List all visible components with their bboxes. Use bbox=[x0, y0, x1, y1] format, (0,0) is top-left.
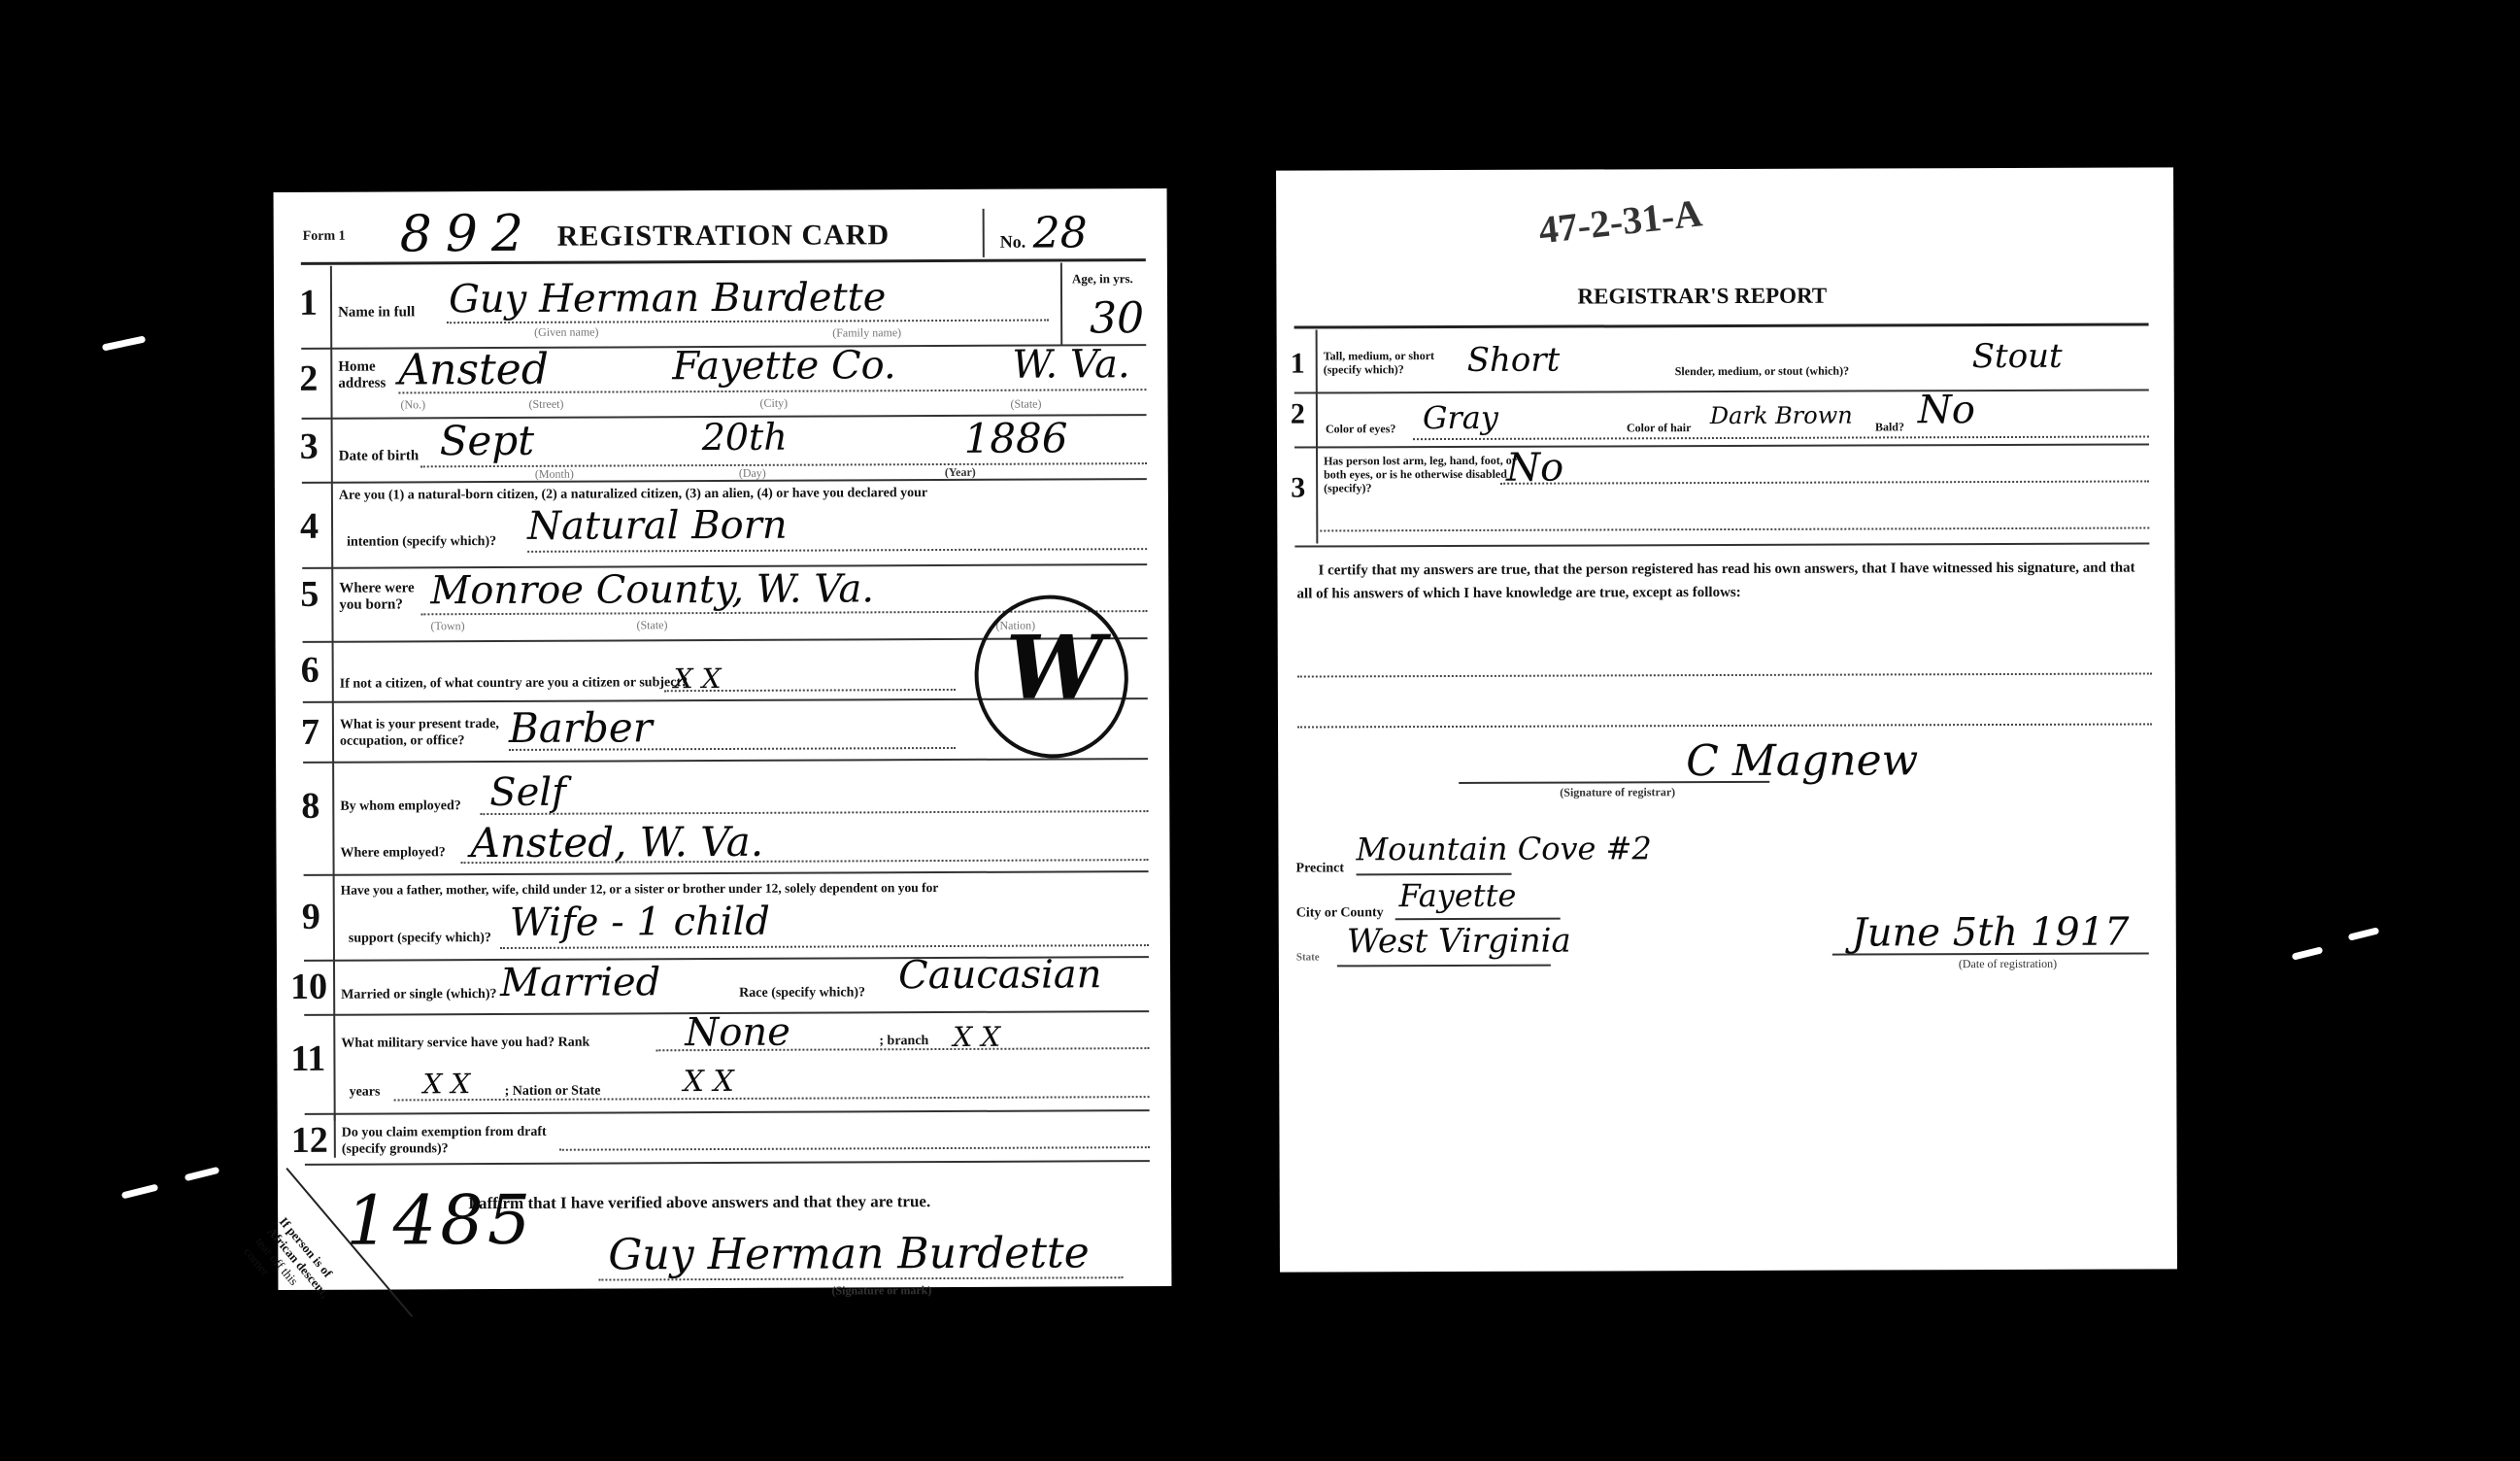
dob-month: Sept bbox=[440, 417, 535, 464]
stamp-mark: W bbox=[1005, 616, 1104, 719]
row-number: 4 bbox=[300, 505, 319, 548]
scan-mark bbox=[102, 335, 146, 351]
where-employed-value: Ansted, W. Va. bbox=[470, 818, 763, 866]
hair-color-value: Dark Brown bbox=[1710, 402, 1853, 430]
marital-value: Married bbox=[500, 960, 660, 1005]
country-question: If not a citizen, of what country are yo… bbox=[340, 674, 688, 693]
bald-label: Bald? bbox=[1875, 419, 1904, 435]
corner-handwritten-number: 1485 bbox=[346, 1180, 535, 1261]
row-number: 2 bbox=[299, 357, 318, 400]
city-county-value: Fayette bbox=[1399, 877, 1517, 914]
certification-text: I certify that my answers are true, that… bbox=[1296, 557, 2141, 606]
row-number: 8 bbox=[301, 785, 319, 828]
years-value: X X bbox=[422, 1068, 470, 1100]
serial-number: 892 bbox=[400, 205, 538, 264]
registrars-report-card: 47-2-31-A REGISTRAR'S REPORT 1 Tall, med… bbox=[1276, 167, 2177, 1272]
name-label: Name in full bbox=[338, 304, 415, 321]
precinct-label: Precinct bbox=[1296, 860, 1345, 876]
registrar-signature: C Magnew bbox=[1686, 735, 1918, 786]
branch-label: ; branch bbox=[879, 1033, 928, 1049]
row-number: 2 bbox=[1291, 398, 1305, 431]
dependents-question: Have you a father, mother, wife, child u… bbox=[341, 879, 939, 899]
years-label: years bbox=[350, 1084, 381, 1101]
occupation-label: What is your present trade, occupation, … bbox=[340, 716, 505, 750]
dob-day: 20th bbox=[702, 416, 788, 459]
precinct-value: Mountain Cove #2 bbox=[1356, 830, 1651, 867]
address-no: Ansted bbox=[398, 345, 549, 395]
eye-color-value: Gray bbox=[1423, 399, 1498, 436]
race-value: Caucasian bbox=[898, 952, 1102, 998]
home-address-label: Home address bbox=[338, 359, 386, 392]
age-label: Age, in yrs. bbox=[1072, 270, 1133, 287]
no-label: No. bbox=[1000, 232, 1026, 253]
build-label: Slender, medium, or stout (which)? bbox=[1675, 363, 1849, 381]
card-title: REGISTRATION CARD bbox=[557, 219, 890, 253]
citizenship-value: Natural Born bbox=[527, 503, 788, 549]
eye-color-label: Color of eyes? bbox=[1326, 421, 1395, 437]
age-value: 30 bbox=[1090, 293, 1144, 343]
row-number: 6 bbox=[301, 649, 319, 692]
date-label: (Date of registration) bbox=[1959, 957, 2057, 971]
scan-mark bbox=[185, 1167, 220, 1182]
registration-card: Form 1 892 REGISTRATION CARD No. 28 1 Na… bbox=[274, 188, 1172, 1290]
row-number: 9 bbox=[302, 896, 320, 938]
state-label: State bbox=[1296, 949, 1320, 966]
dob-label: Date of birth bbox=[339, 448, 420, 464]
row-number: 3 bbox=[1291, 472, 1305, 505]
tear-off-corner-text: If person is of African descent, tear of… bbox=[240, 1214, 344, 1321]
row-number: 5 bbox=[300, 573, 319, 616]
employer-value: Self bbox=[489, 770, 566, 815]
row-number: 11 bbox=[290, 1037, 325, 1080]
sub-label: (City) bbox=[759, 396, 788, 411]
affirmation-text: I affirm that I have verified above answ… bbox=[468, 1192, 930, 1213]
sub-label: (Year) bbox=[945, 465, 976, 480]
sub-label: (No.) bbox=[400, 397, 425, 412]
sub-label: (State) bbox=[1010, 397, 1041, 412]
sub-label: (Month) bbox=[535, 467, 574, 482]
registrar-signature-label: (Signature of registrar) bbox=[1560, 785, 1675, 799]
address-state: W. Va. bbox=[1012, 342, 1130, 388]
registration-date: June 5th 1917 bbox=[1852, 910, 2130, 956]
nation-label: ; Nation or State bbox=[505, 1083, 601, 1100]
marital-label: Married or single (which)? bbox=[341, 986, 496, 1003]
card-number: 28 bbox=[1033, 208, 1088, 257]
scan-mark bbox=[121, 1184, 159, 1200]
race-label: Race (specify which)? bbox=[739, 984, 865, 1002]
sub-label: (Day) bbox=[739, 466, 766, 481]
military-label: What military service have you had? Rank bbox=[341, 1035, 589, 1052]
occupation-value: Barber bbox=[509, 703, 653, 752]
height-label: Tall, medium, or short (specify which)? bbox=[1324, 349, 1460, 376]
row-number: 1 bbox=[1291, 348, 1305, 381]
name-value: Guy Herman Burdette bbox=[449, 275, 887, 322]
birthplace-value: Monroe County, W. Va. bbox=[430, 566, 874, 613]
dependents-value: Wife - 1 child bbox=[510, 900, 770, 945]
employer-label: By whom employed? bbox=[340, 798, 461, 815]
row-number: 12 bbox=[291, 1119, 328, 1162]
city-county-label: City or County bbox=[1296, 904, 1384, 921]
support-label: support (specify which)? bbox=[349, 930, 491, 947]
nation-value: X X bbox=[683, 1065, 733, 1099]
row-number: 3 bbox=[300, 425, 319, 468]
registrant-signature: Guy Herman Burdette bbox=[608, 1228, 1090, 1279]
dob-year: 1886 bbox=[964, 414, 1068, 461]
scan-mark bbox=[2292, 946, 2324, 961]
sub-label: (Given name) bbox=[534, 325, 598, 340]
sub-label: (State) bbox=[636, 618, 667, 632]
row-number: 10 bbox=[290, 966, 327, 1008]
sub-label: (Family name) bbox=[832, 325, 901, 340]
form-label: Form 1 bbox=[303, 229, 346, 245]
address-city: Fayette Co. bbox=[672, 343, 896, 389]
birthplace-label: Where were you born? bbox=[339, 580, 426, 613]
report-title: REGISTRAR'S REPORT bbox=[1577, 284, 1827, 310]
exemption-label: Do you claim exemption from draft (speci… bbox=[342, 1124, 575, 1158]
disability-label: Has person lost arm, leg, hand, foot, or… bbox=[1324, 454, 1518, 495]
scan-mark bbox=[2348, 927, 2380, 941]
sub-label: (Town) bbox=[430, 619, 464, 633]
citizenship-question: Are you (1) a natural-born citizen, (2) … bbox=[339, 485, 927, 504]
build-value: Stout bbox=[1972, 337, 2063, 376]
hair-color-label: Color of hair bbox=[1627, 420, 1692, 436]
state-value: West Virginia bbox=[1347, 922, 1571, 962]
row-number: 7 bbox=[301, 711, 319, 754]
bald-value: No bbox=[1918, 388, 1975, 432]
signature-label: (Signature or mark) bbox=[831, 1283, 931, 1298]
height-value: Short bbox=[1467, 341, 1561, 380]
where-employed-label: Where employed? bbox=[340, 844, 445, 861]
serial-stamp: 47-2-31-A bbox=[1536, 189, 1704, 253]
intention-label: intention (specify which)? bbox=[347, 533, 496, 551]
sub-label: (Street) bbox=[528, 397, 563, 412]
row-number: 1 bbox=[299, 282, 318, 324]
